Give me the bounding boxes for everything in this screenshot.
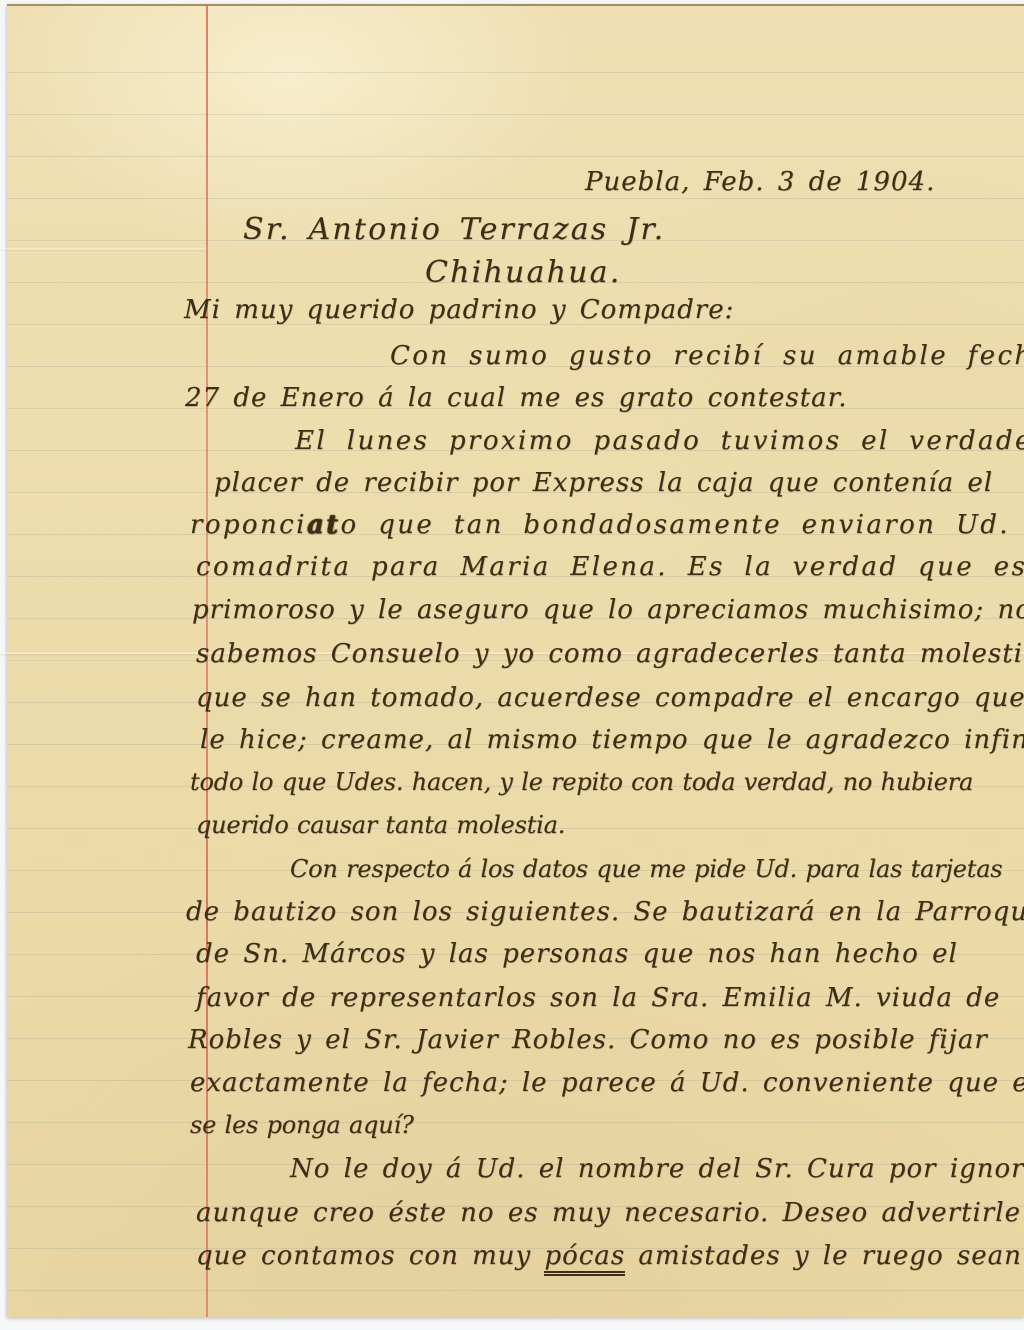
letter-line: le hice; creame, al mismo tiempo que le … bbox=[200, 726, 1024, 755]
line-text-before-blot: roponci bbox=[190, 510, 307, 540]
letter-line-with-ink-blot: roponciato que tan bondadosamente enviar… bbox=[190, 511, 1024, 540]
scanned-letter-page: Puebla, Feb. 3 de 1904. Sr. Antonio Terr… bbox=[0, 0, 1024, 1330]
letter-line: de Sn. Márcos y las personas que nos han… bbox=[196, 940, 958, 969]
fold-crease-upper bbox=[0, 248, 206, 250]
line-text-after-blot: o que tan bondadosamente enviaron Ud. y … bbox=[340, 510, 1024, 540]
letter-recipient: Sr. Antonio Terrazas Jr. bbox=[243, 213, 665, 246]
letter-line: aunque creo éste no es muy necesario. De… bbox=[196, 1199, 1021, 1228]
letter-line: Con respecto á los datos que me pide Ud.… bbox=[290, 856, 1002, 882]
letter-line-with-underline: que contamos con muy pócas amistades y l… bbox=[196, 1242, 1022, 1271]
letter-line: 27 de Enero á la cual me es grato contes… bbox=[185, 384, 848, 413]
ink-blot-correction: at bbox=[307, 510, 341, 540]
letter-line: todo lo que Udes. hacen, y le repito con… bbox=[190, 769, 973, 795]
line-text-after-underline: amistades y le ruego sean bbox=[625, 1241, 1022, 1271]
letter-salutation: Mi muy querido padrino y Compadre: bbox=[184, 296, 734, 325]
letter-line: Robles y el Sr. Javier Robles. Como no e… bbox=[188, 1026, 988, 1055]
letter-line: comadrita para Maria Elena. Es la verdad… bbox=[196, 553, 1024, 582]
letter-line: querido causar tanta molestia. bbox=[196, 812, 565, 838]
letter-line: que se han tomado, acuerdese compadre el… bbox=[196, 684, 1024, 713]
letter-line: se les ponga aquí? bbox=[190, 1112, 414, 1138]
line-text-before-underline: que contamos con muy bbox=[196, 1241, 544, 1271]
letter-line: sabemos Consuelo y yo como agradecerles … bbox=[196, 640, 1024, 669]
letter-line: primoroso y le aseguro que lo apreciamos… bbox=[192, 596, 1024, 625]
underlined-word: pócas bbox=[544, 1241, 625, 1276]
letter-line: Con sumo gusto recibí su amable fecha bbox=[390, 342, 1024, 371]
letter-dateline: Puebla, Feb. 3 de 1904. bbox=[585, 168, 935, 197]
letter-line: placer de recibir por Express la caja qu… bbox=[214, 469, 993, 498]
letter-line: No le doy á Ud. el nombre del Sr. Cura p… bbox=[290, 1155, 1024, 1184]
letter-line: El lunes proximo pasado tuvimos el verda… bbox=[295, 427, 1024, 456]
letter-line: favor de representarlos son la Sra. Emil… bbox=[196, 984, 1000, 1013]
letter-line: exactamente la fecha; le parece á Ud. co… bbox=[190, 1069, 1024, 1098]
letter-recipient-city: Chihuahua. bbox=[425, 256, 621, 289]
letter-line: de bautizo son los siguientes. Se bautiz… bbox=[186, 898, 1024, 927]
